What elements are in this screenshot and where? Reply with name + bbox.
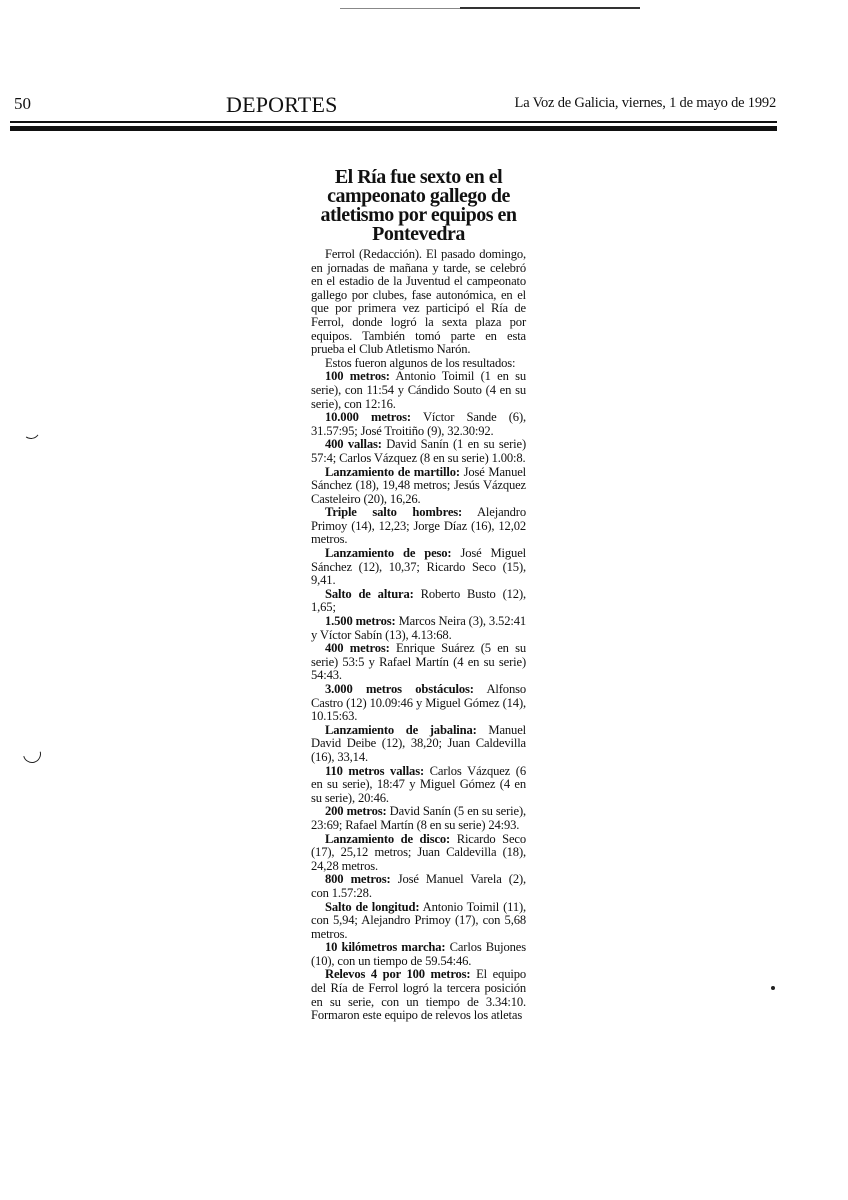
result-event: 800 metros:	[325, 872, 391, 886]
result-item: Salto de altura: Roberto Busto (12), 1,6…	[311, 588, 526, 615]
result-event: Lanzamiento de jabalina:	[325, 723, 477, 737]
result-event: 400 vallas:	[325, 437, 382, 451]
result-event: Relevos 4 por 100 metros:	[325, 967, 470, 981]
result-item: 10.000 metros: Víctor Sande (6), 31.57:9…	[311, 411, 526, 438]
result-item: 100 metros: Antonio Toimil (1 en su seri…	[311, 370, 526, 411]
page-number: 50	[14, 94, 31, 114]
article-headline: El Ría fue sexto en el campeonato galleg…	[311, 168, 526, 244]
article-intro: Estos fueron algunos de los resultados:	[311, 357, 526, 371]
result-item: Lanzamiento de disco: Ricardo Seco (17),…	[311, 833, 526, 874]
punch-hole-mark	[21, 420, 42, 441]
result-item: Lanzamiento de martillo: José Manuel Sán…	[311, 466, 526, 507]
result-event: 1.500 metros:	[325, 614, 396, 628]
result-item: Triple salto hombres: Alejandro Primoy (…	[311, 506, 526, 547]
result-item: 3.000 metros obstáculos: Alfonso Castro …	[311, 683, 526, 724]
article-body: Ferrol (Redacción). El pasado domingo, e…	[311, 248, 526, 1023]
result-event: 100 metros:	[325, 369, 390, 383]
section-title: DEPORTES	[226, 92, 338, 118]
dateline: La Voz de Galicia, viernes, 1 de mayo de…	[515, 95, 776, 112]
results-list: 100 metros: Antonio Toimil (1 en su seri…	[311, 370, 526, 1023]
scan-artifact	[340, 6, 640, 12]
article: El Ría fue sexto en el campeonato galleg…	[311, 168, 526, 1023]
result-item: Lanzamiento de peso: José Miguel Sánchez…	[311, 547, 526, 588]
result-event: Lanzamiento de martillo:	[325, 465, 460, 479]
result-event: Salto de altura:	[325, 587, 414, 601]
scan-speck	[771, 986, 775, 990]
result-item: 110 metros vallas: Carlos Vázquez (6 en …	[311, 765, 526, 806]
page-header: 50 DEPORTES La Voz de Galicia, viernes, …	[0, 92, 848, 116]
result-item: Lanzamiento de jabalina: Manuel David De…	[311, 724, 526, 765]
result-event: 200 metros:	[325, 804, 387, 818]
header-rule-thin	[10, 121, 777, 123]
header-rule-thick	[10, 126, 777, 131]
result-event: Lanzamiento de disco:	[325, 832, 450, 846]
article-lead: Ferrol (Redacción). El pasado domingo, e…	[311, 248, 526, 357]
result-event: 400 metros:	[325, 641, 390, 655]
result-item: Relevos 4 por 100 metros: El equipo del …	[311, 968, 526, 1022]
result-event: 10 kilómetros marcha:	[325, 940, 445, 954]
result-event: 10.000 metros:	[325, 410, 411, 424]
result-event: Lanzamiento de peso:	[325, 546, 451, 560]
punch-hole-mark	[20, 742, 45, 767]
result-item: 10 kilómetros marcha: Carlos Bujones (10…	[311, 941, 526, 968]
result-event: 110 metros vallas:	[325, 764, 424, 778]
result-event: 3.000 metros obstáculos:	[325, 682, 474, 696]
result-item: 400 metros: Enrique Suárez (5 en su seri…	[311, 642, 526, 683]
result-event: Triple salto hombres:	[325, 505, 462, 519]
result-item: 1.500 metros: Marcos Neira (3), 3.52:41 …	[311, 615, 526, 642]
result-item: Salto de longitud: Antonio Toimil (11), …	[311, 901, 526, 942]
result-event: Salto de longitud:	[325, 900, 419, 914]
result-item: 800 metros: José Manuel Varela (2), con …	[311, 873, 526, 900]
result-item: 200 metros: David Sanín (5 en su serie),…	[311, 805, 526, 832]
result-item: 400 vallas: David Sanín (1 en su serie) …	[311, 438, 526, 465]
